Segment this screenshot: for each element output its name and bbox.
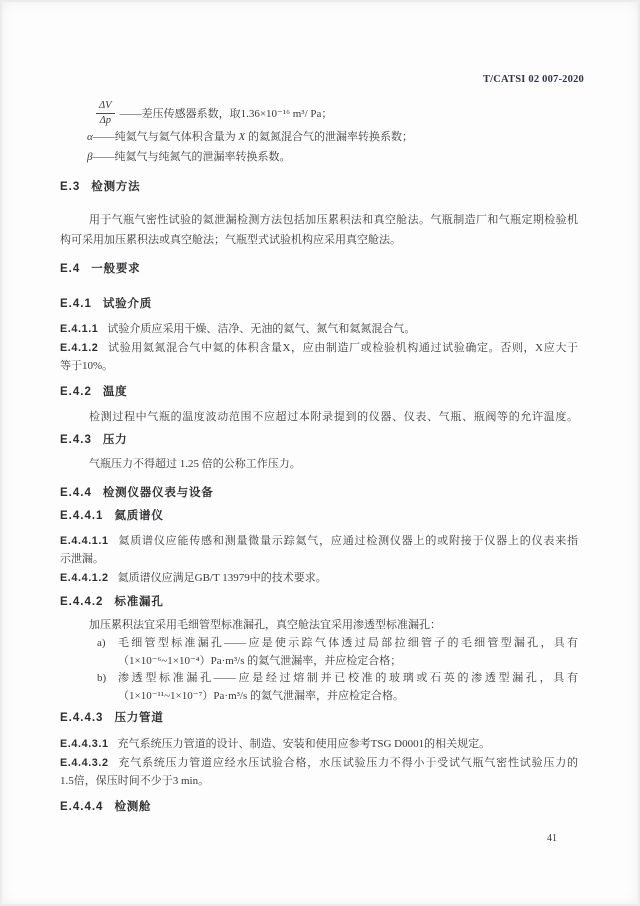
heading-e4-title: 一般要求 bbox=[91, 263, 140, 275]
paragraph-line: 加压累积法宜采用毛细管型标准漏孔，真空舱法宜采用渗透型标准漏孔： bbox=[60, 616, 578, 635]
heading-e4-1-title: 试验介质 bbox=[103, 298, 152, 310]
heading-e4-4-3-num: E.4.4.3 bbox=[60, 712, 103, 724]
clause-text: 试验介质应采用干燥、洁净、无油的氦气、氮气和氦氮混合气。 bbox=[107, 323, 415, 335]
list-marker: b) bbox=[97, 670, 106, 688]
clause-e4-1-1: E.4.1.1试验介质应采用干燥、洁净、无油的氦气、氮气和氦氮混合气。 bbox=[60, 320, 578, 339]
heading-e4-4-1: E.4.4.1氦质谱仪 bbox=[60, 509, 578, 524]
heading-e3-title: 检测方法 bbox=[91, 181, 140, 193]
heading-e4-4-3-title: 压力管道 bbox=[114, 712, 163, 724]
clause-e4-4-1-1-cont: 示泄漏。 bbox=[60, 550, 578, 569]
alpha-text-after: 的氦氮混合气的泄漏率转换系数； bbox=[245, 131, 413, 143]
clause-text: 氦质谱仪应能传感和测量微量示踪氦气，应通过检测仪器上的或附接于仪器上的仪表来指 bbox=[118, 535, 578, 547]
clause-num: E.4.1.1 bbox=[60, 323, 98, 335]
clause-num: E.4.4.3.1 bbox=[60, 738, 109, 750]
clause-e4-4-1-1: E.4.4.1.1氦质谱仪应能传感和测量微量示踪氦气，应通过检测仪器上的或附接于… bbox=[60, 532, 578, 551]
heading-e4-4-4: E.4.4.4检测舱 bbox=[60, 800, 578, 815]
heading-e4-4-num: E.4.4 bbox=[60, 487, 92, 499]
beta-description: ——纯氦气与纯氮气的泄漏率转换系数。 bbox=[92, 151, 290, 163]
clauses-e4-4-3: E.4.4.3.1充气系统压力管道的设计、制造、安装和使用应参考TSG D000… bbox=[60, 735, 578, 791]
heading-e4-4-2: E.4.4.2标准漏孔 bbox=[60, 595, 578, 610]
clause-num: E.4.4.1.2 bbox=[60, 572, 109, 584]
list-item-a: a) 毛细管型标准漏孔——应是使示踪气体透过局部拉细管子的毛细管型漏孔，具有 （… bbox=[60, 635, 578, 670]
heading-e3: E.3检测方法 bbox=[60, 180, 578, 195]
doc-number: T/CATSI 02 007-2020 bbox=[483, 74, 584, 85]
clause-e4-4-3-2-cont: 1.5倍，保压时间不少于3 min。 bbox=[60, 772, 578, 791]
clause-num: E.4.4.3.2 bbox=[60, 757, 109, 769]
clause-num: E.4.4.1.1 bbox=[60, 535, 109, 547]
heading-e4-4-1-title: 氦质谱仪 bbox=[114, 510, 163, 522]
document-page: T/CATSI 02 007-2020 ΔV Δp ——差压传感器系数，取1.3… bbox=[0, 0, 640, 906]
clause-text: 氦质谱仪应满足GB/T 13979中的技术要求。 bbox=[118, 572, 327, 584]
heading-e4-3-num: E.4.3 bbox=[60, 434, 92, 446]
fraction-numerator: ΔV bbox=[96, 100, 115, 114]
symbol-definition-beta: β——纯氦气与纯氮气的泄漏率转换系数。 bbox=[87, 147, 578, 167]
paragraph-line: 构可采用加压累积法或真空舱法；气瓶型式试验机构应采用真空舱法。 bbox=[60, 230, 578, 250]
list-item-line: 毛细管型标准漏孔——应是使示踪气体透过局部拉细管子的毛细管型漏孔，具有 bbox=[118, 635, 578, 653]
clause-num: E.4.1.2 bbox=[60, 342, 98, 354]
heading-e4-4-4-num: E.4.4.4 bbox=[60, 801, 103, 813]
heading-e4-2-title: 温度 bbox=[103, 386, 128, 398]
heading-e4-4-2-title: 标准漏孔 bbox=[114, 596, 163, 608]
standard-leak-list: a) 毛细管型标准漏孔——应是使示踪气体透过局部拉细管子的毛细管型漏孔，具有 （… bbox=[60, 635, 578, 705]
heading-e4-3-title: 压力 bbox=[103, 434, 128, 446]
page-content: T/CATSI 02 007-2020 ΔV Δp ——差压传感器系数，取1.3… bbox=[0, 74, 640, 815]
clauses-e4-1: E.4.1.1试验介质应采用干燥、洁净、无油的氦气、氮气和氦氮混合气。 E.4.… bbox=[60, 320, 578, 376]
symbol-definition-alpha: α——纯氦气与氦气体积含量为 X 的氦氮混合气的泄漏率转换系数； bbox=[87, 127, 578, 147]
paragraph-e4-2: 检测过程中气瓶的温度波动范围不应超过本附录提到的仪器、仪表、气瓶、瓶阀等的允许温… bbox=[60, 408, 578, 427]
heading-e4-4-4-title: 检测舱 bbox=[114, 801, 151, 813]
fraction-denominator: Δp bbox=[96, 114, 115, 127]
paragraph-line: 气瓶压力不得超过 1.25 倍的公称工作压力。 bbox=[60, 455, 578, 474]
paragraph-e4-4-2-intro: 加压累积法宜采用毛细管型标准漏孔，真空舱法宜采用渗透型标准漏孔： bbox=[60, 616, 578, 635]
clause-text: 充气系统压力管道应经水压试验合格，水压试验压力不得小于受试气瓶气密性试验压力的 bbox=[118, 757, 578, 769]
paragraph-line: 用于气瓶气密性试验的氦泄漏检测方法包括加压累积法和真空舱法。气瓶制造厂和气瓶定期… bbox=[60, 210, 578, 230]
heading-e4-4-2-num: E.4.4.2 bbox=[60, 596, 103, 608]
fraction-dv-dp: ΔV Δp bbox=[96, 100, 115, 127]
heading-e4-num: E.4 bbox=[60, 263, 80, 275]
symbol-definition-dvdp: ΔV Δp ——差压传感器系数，取1.36×10⁻¹⁶ m³/ Pa； bbox=[96, 100, 578, 127]
heading-e4-4-1-num: E.4.4.1 bbox=[60, 510, 103, 522]
clause-text: 充气系统压力管道的设计、制造、安装和使用应参考TSG D0001的相关规定。 bbox=[118, 738, 490, 750]
heading-e4-4: E.4.4检测仪器仪表与设备 bbox=[60, 486, 578, 501]
heading-e4-1-num: E.4.1 bbox=[60, 298, 92, 310]
heading-e4-3: E.4.3压力 bbox=[60, 433, 578, 448]
page-header: T/CATSI 02 007-2020 bbox=[60, 74, 584, 86]
heading-e3-num: E.3 bbox=[60, 181, 80, 193]
page-number: 41 bbox=[537, 833, 567, 845]
clause-e4-4-3-1: E.4.4.3.1充气系统压力管道的设计、制造、安装和使用应参考TSG D000… bbox=[60, 735, 578, 754]
list-item-line: （1×10⁻¹¹~1×10⁻⁷）Pa·m³/s 的氦气泄漏率，并应检定合格。 bbox=[118, 688, 578, 706]
dvdp-description: ——差压传感器系数，取1.36×10⁻¹⁶ m³/ Pa； bbox=[120, 107, 333, 121]
paragraph-line: 检测过程中气瓶的温度波动范围不应超过本附录提到的仪器、仪表、气瓶、瓶阀等的允许温… bbox=[60, 408, 578, 427]
paragraph-e4-3: 气瓶压力不得超过 1.25 倍的公称工作压力。 bbox=[60, 455, 578, 474]
list-marker: a) bbox=[97, 635, 106, 653]
alpha-text-before: ——纯氦气与氦气体积含量为 bbox=[93, 131, 239, 143]
heading-e4-2: E.4.2温度 bbox=[60, 385, 578, 400]
heading-e4: E.4一般要求 bbox=[60, 262, 578, 277]
clause-e4-1-2: E.4.1.2试验用氦氮混合气中氦的体积含量X，应由制造厂或检验机构通过试验确定… bbox=[60, 339, 578, 358]
heading-e4-1: E.4.1试验介质 bbox=[60, 297, 578, 312]
heading-e4-2-num: E.4.2 bbox=[60, 386, 92, 398]
clause-e4-4-1-2: E.4.4.1.2氦质谱仪应满足GB/T 13979中的技术要求。 bbox=[60, 569, 578, 588]
list-item-line: 渗透型标准漏孔——应是经过熔制并已校准的玻璃或石英的渗透型漏孔，具有 bbox=[118, 670, 578, 688]
paragraph-e3: 用于气瓶气密性试验的氦泄漏检测方法包括加压累积法和真空舱法。气瓶制造厂和气瓶定期… bbox=[60, 210, 578, 250]
clause-e4-4-3-2: E.4.4.3.2充气系统压力管道应经水压试验合格，水压试验压力不得小于受试气瓶… bbox=[60, 754, 578, 773]
list-item-b: b) 渗透型标准漏孔——应是经过熔制并已校准的玻璃或石英的渗透型漏孔，具有 （1… bbox=[60, 670, 578, 705]
heading-e4-4-title: 检测仪器仪表与设备 bbox=[103, 487, 214, 499]
heading-e4-4-3: E.4.4.3压力管道 bbox=[60, 711, 578, 726]
list-item-line: （1×10⁻⁶~1×10⁻⁴）Pa·m³/s 的氦气泄漏率，并应检定合格； bbox=[118, 653, 578, 671]
clause-e4-1-2-cont: 等于10%。 bbox=[60, 357, 578, 376]
clauses-e4-4-1: E.4.4.1.1氦质谱仪应能传感和测量微量示踪氦气，应通过检测仪器上的或附接于… bbox=[60, 532, 578, 588]
clause-text: 试验用氦氮混合气中氦的体积含量X，应由制造厂或检验机构通过试验确定。否则，X应大… bbox=[107, 342, 578, 354]
